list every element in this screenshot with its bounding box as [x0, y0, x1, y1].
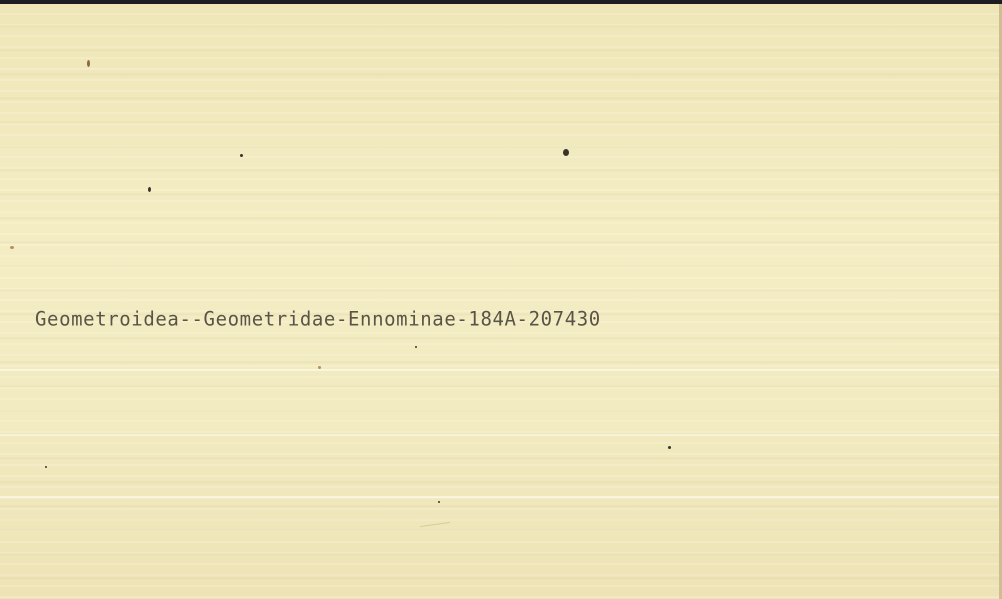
- ink-speck: [45, 466, 47, 468]
- pencil-mark: [420, 522, 450, 527]
- index-card: Geometroidea--Geometridae-Ennominae-184A…: [0, 4, 1002, 599]
- ink-speck: [148, 187, 151, 192]
- stain-speck: [87, 60, 90, 67]
- ink-speck: [668, 446, 671, 449]
- stain-speck: [10, 246, 14, 249]
- ruled-line: [0, 496, 1002, 498]
- stain-speck: [318, 366, 321, 369]
- ink-speck: [240, 154, 243, 157]
- ink-speck: [438, 501, 440, 503]
- ink-speck: [563, 149, 569, 156]
- ruled-line: [0, 369, 1002, 371]
- taxonomy-label: Geometroidea--Geometridae-Ennominae-184A…: [35, 307, 601, 330]
- ink-speck: [415, 346, 417, 348]
- ruled-line: [0, 434, 1002, 436]
